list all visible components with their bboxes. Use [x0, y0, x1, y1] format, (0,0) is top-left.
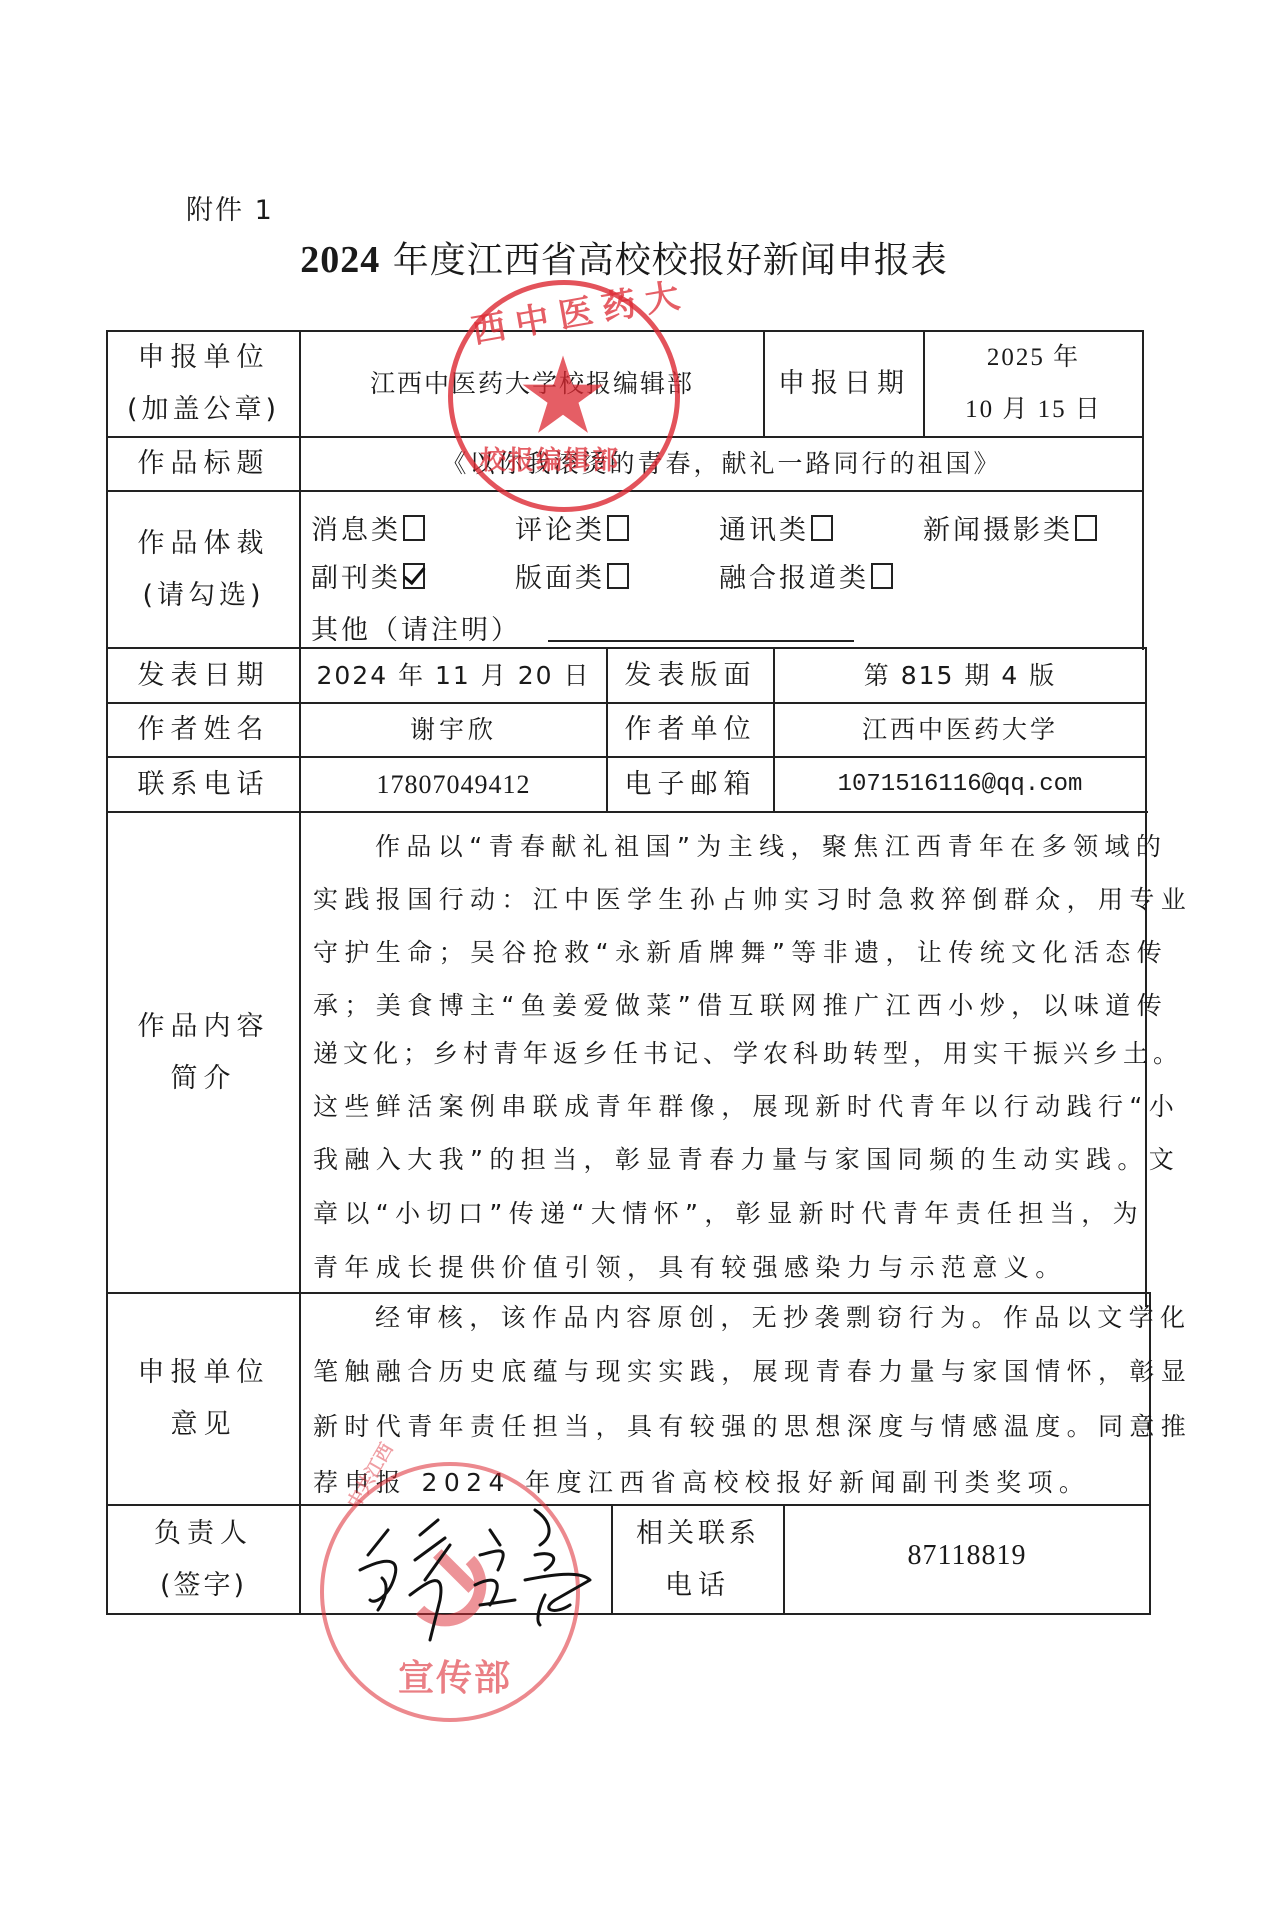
publish-page-value: 第 815 期 4 版: [775, 649, 1145, 702]
opinion-line: 荐申报 2024 年度江西省高校校报好新闻副刊类奖项。: [313, 1468, 1090, 1498]
author-name-label: 作者姓名: [108, 704, 299, 756]
summary-label: 作品内容 简介: [108, 813, 299, 1292]
checkbox-icon[interactable]: [1075, 515, 1097, 541]
related-phone-label-line2: 电话: [665, 1560, 731, 1612]
option-label: 通讯类: [719, 515, 809, 546]
opinion-label-line1: 申报单位: [138, 1347, 270, 1399]
genre-option-converged[interactable]: 融合报道类: [719, 556, 893, 595]
option-label: 新闻摄影类: [923, 515, 1073, 546]
option-label: 融合报道类: [719, 563, 869, 594]
opinion-line: 新时代青年责任担当，具有较强的思想深度与情感温度。同意推: [313, 1412, 1192, 1442]
summary-line: 作品以“青春献礼祖国”为主线，聚焦江西青年在多领域的: [375, 832, 1167, 862]
genre-option-feature[interactable]: 通讯类: [719, 508, 833, 547]
author-name-value: 谢宇欣: [301, 704, 606, 756]
publish-page-label: 发表版面: [608, 649, 773, 702]
genre-label-line1: 作品体裁: [138, 518, 270, 570]
checkbox-checked-icon[interactable]: [403, 563, 425, 589]
checkbox-icon[interactable]: [811, 515, 833, 541]
genre-option-photo[interactable]: 新闻摄影类: [923, 508, 1097, 547]
page-title: 2024 年度江西省高校校报好新闻申报表: [0, 232, 1248, 283]
checkbox-icon[interactable]: [607, 515, 629, 541]
table-border-right: [1145, 647, 1147, 1307]
star-icon: [520, 352, 606, 438]
table-border-bottom: [106, 1613, 1151, 1615]
email-label: 电子邮箱: [608, 758, 773, 811]
title-year: 2024: [300, 239, 380, 281]
genre-option-layout[interactable]: 版面类: [515, 556, 629, 595]
genre-label-line2: (请勾选): [142, 570, 264, 622]
genre-other-input[interactable]: [548, 640, 854, 642]
leader-signature-label: 负责人 (签字): [108, 1506, 299, 1613]
genre-other-label: 其他（请注明）: [311, 608, 521, 647]
table-border-right: [1149, 1292, 1151, 1615]
opinion-label-line2: 意见: [171, 1399, 237, 1451]
checkbox-icon[interactable]: [607, 563, 629, 589]
work-title-value: 《以你我滚烫的青春，献礼一路同行的祖国》: [301, 438, 1142, 490]
apply-date-year: 2025 年: [987, 332, 1080, 384]
summary-line: 守护生命；吴谷抢救“永新盾牌舞”等非遗，让传统文化活态传: [313, 938, 1168, 968]
option-label: 消息类: [311, 515, 401, 546]
related-phone-label: 相关联系 电话: [613, 1506, 783, 1613]
publish-date-value: 2024 年 11 月 20 日: [301, 649, 606, 702]
phone-value: 17807049412: [301, 758, 606, 811]
genre-option-news[interactable]: 消息类: [311, 508, 425, 547]
opinion-label: 申报单位 意见: [108, 1294, 299, 1504]
summary-label-line1: 作品内容: [138, 1001, 270, 1053]
option-label: 副刊类: [311, 563, 401, 594]
summary-label-line2: 简介: [171, 1053, 237, 1105]
genre-option-commentary[interactable]: 评论类: [515, 508, 629, 547]
opinion-line: 经审核，该作品内容原创，无抄袭剽窃行为。作品以文学化: [375, 1303, 1191, 1333]
summary-line: 承；美食博主“鱼姜爱做菜”借互联网推广江西小炒，以味道传: [313, 991, 1168, 1021]
summary-line: 章以“小切口”传递“大情怀”，彰显新时代青年责任担当，为: [313, 1199, 1144, 1229]
work-title-label: 作品标题: [108, 438, 299, 490]
summary-line: 我融入大我”的担当，彰显青春力量与家国同频的生动实践。文: [313, 1145, 1180, 1175]
summary-line: 青年成长提供价值引领，具有较强感染力与示范意义。: [313, 1253, 1067, 1283]
checkbox-icon[interactable]: [403, 515, 425, 541]
summary-line: 这些鲜活案例串联成青年群像，展现新时代青年以行动践行“小: [313, 1092, 1180, 1122]
option-label: 评论类: [515, 515, 605, 546]
seal-bottom-text: 宣传部: [398, 1650, 512, 1701]
attachment-label: 附件 1: [186, 188, 274, 227]
genre-option-supplement[interactable]: 副刊类: [311, 556, 425, 595]
publish-date-label: 发表日期: [108, 649, 299, 702]
summary-line: 实践报国行动：江中医学生孙占帅实习时急救猝倒群众，用专业: [313, 885, 1192, 915]
table-border-right: [1142, 330, 1144, 650]
phone-label: 联系电话: [108, 758, 299, 811]
apply-date-value: 2025 年 10 月 15 日: [925, 332, 1142, 436]
leader-label-line2: (签字): [160, 1560, 247, 1612]
email-value: 1071516116@qq.com: [775, 758, 1145, 811]
label-column-divider: [299, 330, 301, 1615]
seal-top-bottom-text: 校报编辑部: [480, 440, 620, 477]
author-unit-label: 作者单位: [608, 704, 773, 756]
opinion-line: 笔触融合历史底蕴与现实实践，展现青春力量与家国情怀，彰显: [313, 1357, 1192, 1387]
apply-date-label: 申报日期: [765, 332, 923, 436]
related-phone-label-line1: 相关联系: [636, 1508, 760, 1560]
leader-label-line1: 负责人: [154, 1508, 253, 1560]
author-unit-value: 江西中医药大学: [775, 704, 1145, 756]
option-label: 版面类: [515, 563, 605, 594]
genre-label: 作品体裁 (请勾选): [108, 492, 299, 647]
related-phone-value: 87118819: [785, 1506, 1149, 1606]
applicant-label-line2: (加盖公章): [127, 384, 280, 436]
applicant-label: 申报单位 (加盖公章): [108, 332, 299, 436]
summary-line: 递文化；乡村青年返乡任书记、学农科助转型，用实干振兴乡土。: [313, 1039, 1183, 1069]
apply-date-monthday: 10 月 15 日: [965, 384, 1102, 436]
checkbox-icon[interactable]: [871, 563, 893, 589]
hammer-sickle-icon: [400, 1540, 500, 1640]
applicant-label-line1: 申报单位: [138, 332, 270, 384]
